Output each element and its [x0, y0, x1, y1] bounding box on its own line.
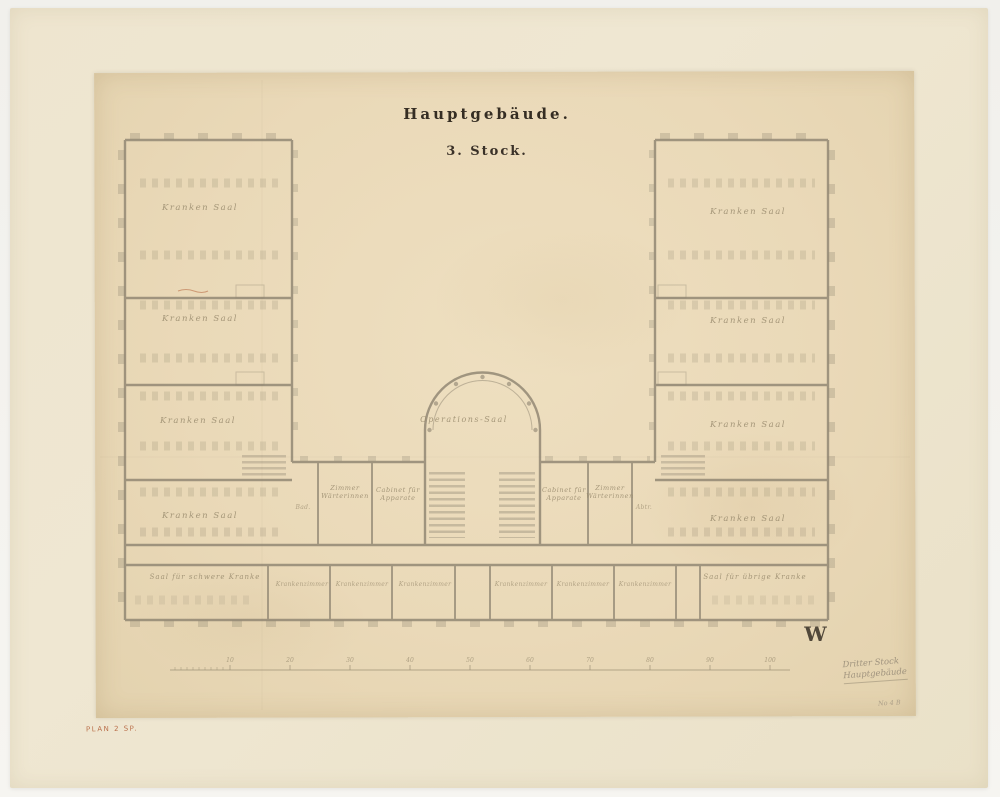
latrine-label: Abtr.	[636, 504, 652, 511]
bed-rows	[135, 183, 815, 600]
ward-label-left-3: Kranken Saal	[160, 416, 236, 426]
scale-tick-label: 80	[646, 657, 654, 664]
scale-tick-label: 20	[286, 657, 294, 664]
architect-monogram-w: W	[804, 622, 825, 646]
bottom-hall-left-label: Saal für schwere Kranke	[150, 573, 261, 581]
pencil-handwritten-note: Dritter Stock Hauptgebäude	[842, 656, 907, 684]
cabinet-right-label: Cabinet für Apparate	[542, 486, 586, 502]
patient-room-label-6: Krankenzimmer	[619, 581, 672, 588]
archive-stamp-red: PLAN 2 SP.	[86, 725, 138, 734]
scale-tick-label: 10	[226, 657, 234, 664]
scanned-plan-page: Hauptgebäude. 3. Stock. Kranken Saal Kra…	[0, 0, 1000, 797]
scale-tick-label: 70	[586, 657, 594, 664]
scale-tick-label: 40	[406, 657, 414, 664]
ward-label-left-4: Kranken Saal	[162, 511, 238, 521]
ward-label-left-1: Kranken Saal	[162, 203, 238, 213]
scale-tick-label: 30	[346, 657, 354, 664]
patient-room-label-3: Krankenzimmer	[399, 581, 452, 588]
scale-tick-label: 50	[466, 657, 474, 664]
patient-room-label-4: Krankenzimmer	[495, 581, 548, 588]
bath-label: Bad.	[296, 504, 311, 511]
patient-room-label-1: Krankenzimmer	[276, 581, 329, 588]
red-ink-annotation-mark	[178, 290, 208, 293]
ward-label-right-4: Kranken Saal	[710, 514, 786, 524]
scale-tick-label: 100	[764, 657, 775, 664]
closet-partitions	[236, 285, 686, 385]
bottom-hall-right-label: Saal für übrige Kranke	[703, 573, 806, 581]
ward-label-right-2: Kranken Saal	[710, 316, 786, 326]
scale-tick-label: 90	[706, 657, 714, 664]
ward-label-right-3: Kranken Saal	[710, 420, 786, 430]
cabinet-left-label: Cabinet für Apparate	[376, 486, 420, 502]
pencil-inventory-note: No 4 B	[878, 698, 901, 707]
scale-tick-label: 60	[526, 657, 534, 664]
patient-room-label-2: Krankenzimmer	[336, 581, 389, 588]
scale-bar	[170, 665, 790, 670]
patient-room-label-5: Krankenzimmer	[557, 581, 610, 588]
plan-title: Hauptgebäude.	[403, 105, 571, 123]
attendants-room-left-label: Zimmer Wärterinnen	[321, 484, 369, 500]
ward-label-left-2: Kranken Saal	[162, 314, 238, 324]
attendants-room-right-label: Zimmer Wärterinnen	[586, 484, 634, 500]
operations-hall-label: Operations-Saal	[420, 415, 508, 424]
ward-label-right-1: Kranken Saal	[710, 207, 786, 217]
floor-subtitle: 3. Stock.	[446, 144, 528, 159]
